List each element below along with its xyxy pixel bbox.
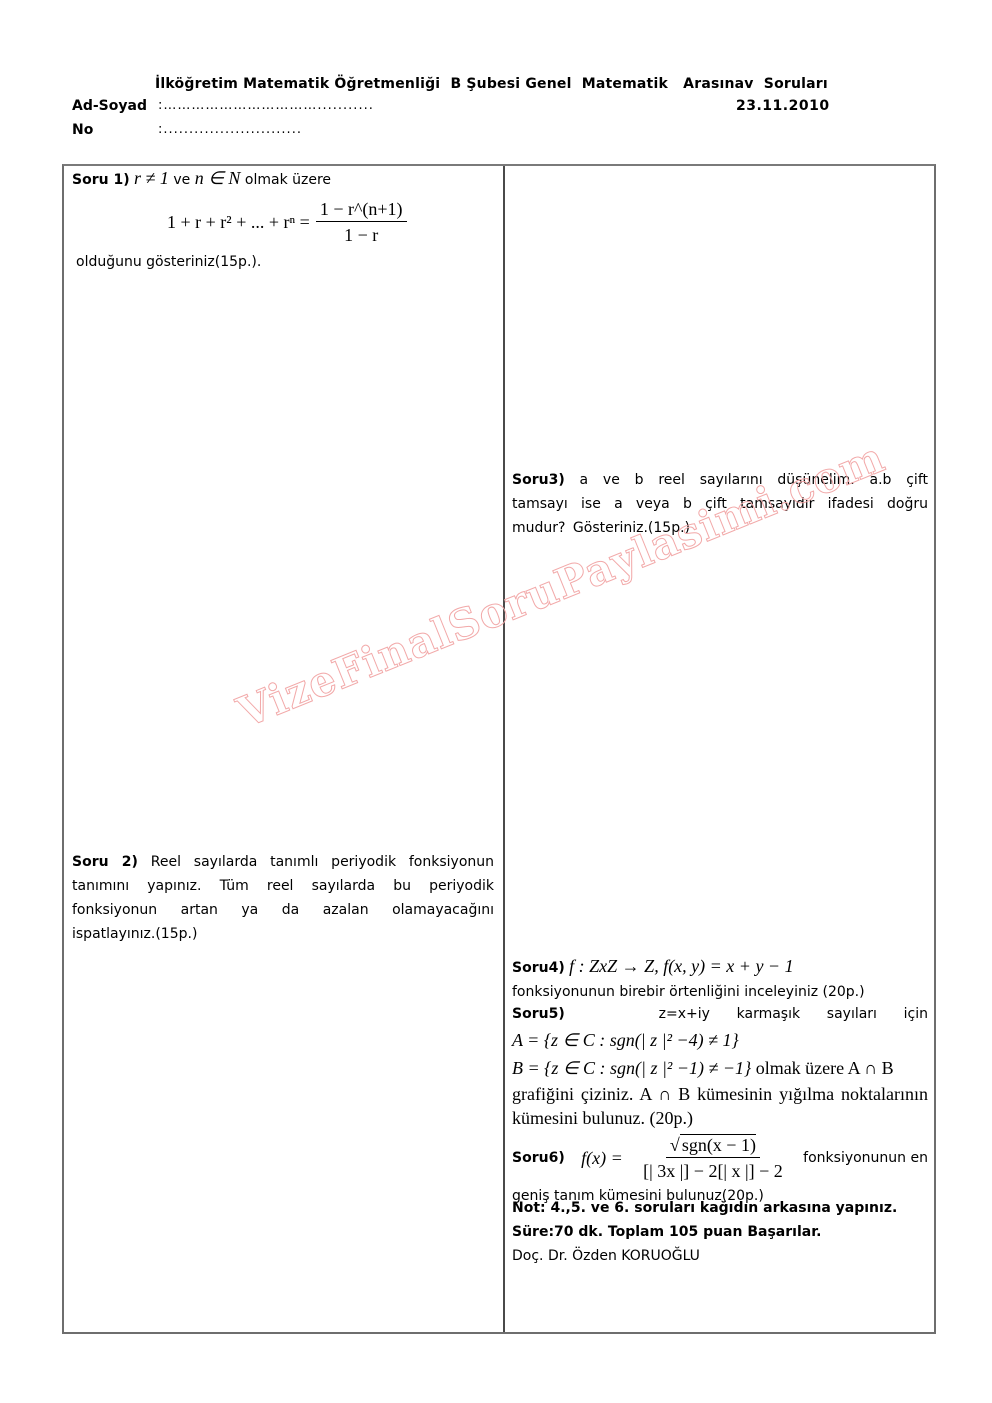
question-6-tail: fonksiyonunun en bbox=[803, 1146, 928, 1170]
set-b-tail: olmak üzere A ∩ B bbox=[756, 1058, 894, 1078]
number-field[interactable]: :........................... bbox=[158, 122, 302, 137]
exam-date: 23.11.2010 bbox=[736, 98, 830, 114]
question-3-text: a ve b reel sayılarını düşünelim. a.b çi… bbox=[512, 472, 928, 536]
number-label: No bbox=[72, 122, 93, 138]
question-5-text: grafiğini çiziniz. A ∩ B kümesinin yığıl… bbox=[512, 1082, 928, 1130]
geometric-sum-formula: 1 + r + r² + ... + rⁿ = 1 − r^(n+1) 1 − … bbox=[167, 194, 492, 250]
formula-fraction: 1 − r^(n+1) 1 − r bbox=[316, 197, 407, 248]
column-divider bbox=[503, 166, 505, 1332]
question-3: Soru3) a ve b reel sayılarını düşünelim.… bbox=[512, 468, 928, 540]
question-1: Soru 1) r ≠ 1 ve n ∈ N olmak üzere 1 + r… bbox=[72, 166, 492, 274]
exam-title: İlköğretim Matematik Öğretmenliği B Şube… bbox=[155, 76, 828, 92]
olmak-text: olmak üzere bbox=[245, 172, 331, 188]
formula-lhs: 1 + r + r² + ... + rⁿ = bbox=[167, 210, 310, 234]
sqrt-argument: sgn(x − 1) bbox=[680, 1134, 756, 1155]
author-name: Doç. Dr. Özden KORUOĞLU bbox=[512, 1244, 928, 1268]
note-text: Not: 4.,5. ve 6. soruları kağıdın arkası… bbox=[512, 1196, 928, 1220]
question-5-intro: z=x+iy karmaşık sayıları için bbox=[659, 1002, 928, 1026]
question-2: Soru 2) Reel sayılarda tanımlı periyodik… bbox=[72, 850, 494, 946]
question-3-label: Soru3) bbox=[512, 472, 565, 488]
function-denominator: [| 3x |] − 2[| x |] − 2 bbox=[639, 1158, 787, 1184]
question-6-label: Soru6) bbox=[512, 1146, 565, 1170]
answer-sheet-table: Soru 1) r ≠ 1 ve n ∈ N olmak üzere 1 + r… bbox=[62, 164, 936, 1334]
condition-n: n ∈ N bbox=[195, 168, 241, 188]
set-a-definition: A = {z ∈ C : sgn(| z |² −4) ≠ 1} bbox=[512, 1026, 928, 1054]
question-1-label: Soru 1) bbox=[72, 172, 130, 188]
question-5-label: Soru5) bbox=[512, 1002, 565, 1026]
question-4-label: Soru4) bbox=[512, 960, 565, 976]
name-field[interactable]: :……………………………........... bbox=[158, 98, 374, 113]
exam-notes: Not: 4.,5. ve 6. soruları kağıdın arkası… bbox=[512, 1196, 928, 1268]
function-name: f(x) = bbox=[581, 1146, 623, 1170]
set-b-definition: B = {z ∈ C : sgn(| z |² −1) ≠ −1} bbox=[512, 1058, 751, 1078]
fraction-numerator: 1 − r^(n+1) bbox=[316, 197, 407, 222]
question-4-formula: f : ZxZ → Z, f(x, y) = x + y − 1 bbox=[569, 956, 793, 976]
question-5: Soru5) z=x+iy karmaşık sayıları için A =… bbox=[512, 1002, 928, 1130]
question-4: Soru4) f : ZxZ → Z, f(x, y) = x + y − 1 … bbox=[512, 954, 928, 1004]
question-2-label: Soru 2) bbox=[72, 854, 138, 870]
condition-r: r ≠ 1 bbox=[134, 168, 169, 188]
function-fraction: √sgn(x − 1) [| 3x |] − 2[| x |] − 2 bbox=[639, 1133, 787, 1184]
duration-text: Süre:70 dk. Toplam 105 puan Başarılar. bbox=[512, 1220, 928, 1244]
conjunction: ve bbox=[173, 172, 190, 188]
question-1-instruction: olduğunu gösteriniz(15p.). bbox=[76, 250, 492, 274]
name-label: Ad-Soyad bbox=[72, 98, 147, 114]
exam-header: İlköğretim Matematik Öğretmenliği B Şube… bbox=[0, 0, 992, 150]
fraction-denominator: 1 − r bbox=[340, 222, 382, 248]
question-4-text: fonksiyonunun birebir örtenliğini incele… bbox=[512, 980, 928, 1004]
